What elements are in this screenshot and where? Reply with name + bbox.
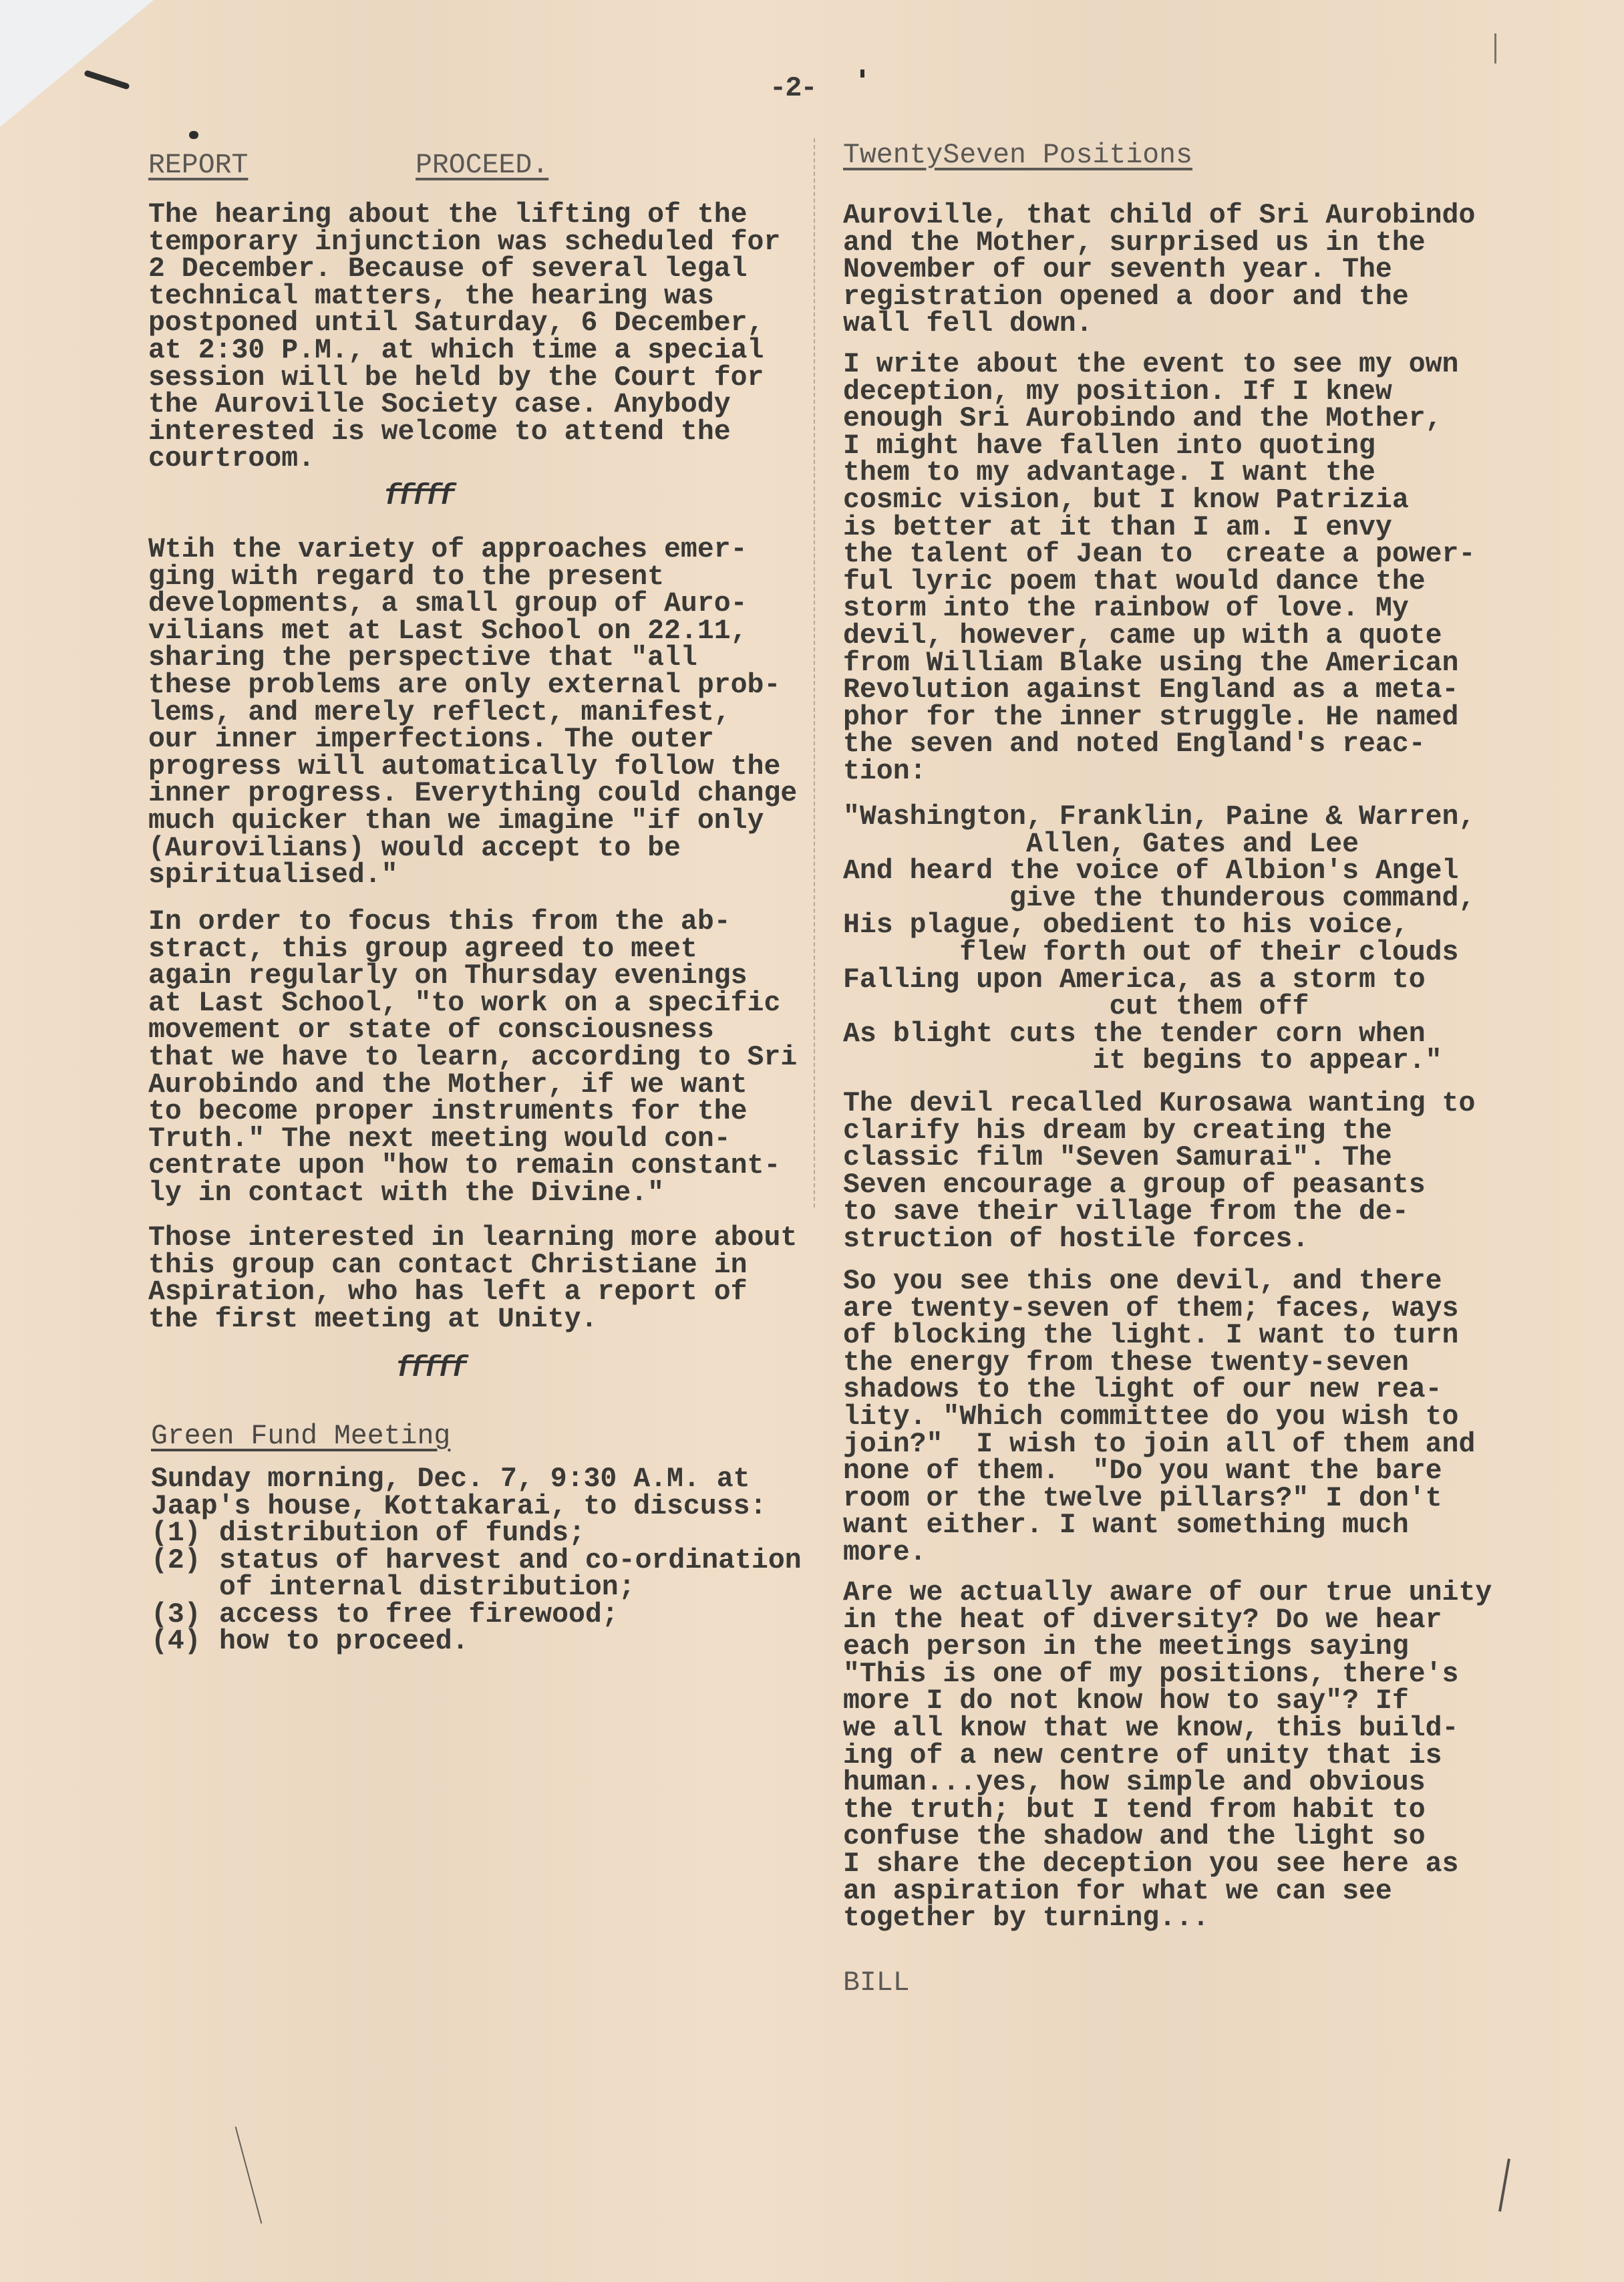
text-line: of blocking the light. I want to turn xyxy=(843,1322,1458,1350)
text-line: this group can contact Christiane in xyxy=(148,1252,748,1280)
text-line: As blight cuts the tender corn when xyxy=(843,1021,1426,1048)
separator-mark: fffff xyxy=(383,480,452,513)
text-line: we all know that we know, this build- xyxy=(843,1715,1458,1743)
text-line: In order to focus this from the ab- xyxy=(148,909,731,936)
agenda-item-number: (1) xyxy=(151,1520,201,1548)
text-line: vilians met at Last School on 22.11, xyxy=(148,618,748,646)
text-line: want either. I want something much xyxy=(843,1512,1409,1540)
text-line: movement or state of consciousness xyxy=(148,1017,714,1044)
text-line: interested is welcome to attend the xyxy=(148,419,731,446)
agenda-item-text: of internal distribution; xyxy=(219,1574,635,1602)
text-line: room or the twelve pillars?" I don't xyxy=(843,1485,1442,1513)
text-line: classic film "Seven Samurai". The xyxy=(843,1145,1392,1172)
text-line: Revolution against England as a meta- xyxy=(843,677,1458,704)
text-line: sharing the perspective that "all xyxy=(148,645,697,672)
text-line: inner progress. Everything could change xyxy=(148,780,797,808)
text-line: storm into the rainbow of love. My xyxy=(843,595,1409,623)
text-line: more I do not know how to say"? If xyxy=(843,1688,1409,1715)
text-line: human...yes, how simple and obvious xyxy=(843,1769,1426,1797)
text-line: are twenty-seven of them; faces, ways xyxy=(843,1296,1458,1323)
text-line: ging with regard to the present xyxy=(148,564,664,591)
text-line: in the heat of diversity? Do we hear xyxy=(843,1607,1442,1634)
agenda-item-text: access to free firewood; xyxy=(219,1602,619,1629)
text-line: Sunday morning, Dec. 7, 9:30 A.M. at xyxy=(151,1466,750,1493)
text-line: enough Sri Aurobindo and the Mother, xyxy=(843,406,1442,433)
text-line: And heard the voice of Albion's Angel xyxy=(843,858,1458,885)
agenda-item-text: how to proceed. xyxy=(219,1628,469,1656)
text-line: join?" I wish to join all of them and xyxy=(843,1431,1475,1459)
text-line: again regularly on Thursday evenings xyxy=(148,963,748,990)
text-line: the truth; but I tend from habit to xyxy=(843,1797,1426,1824)
text-line: stract, this group agreed to meet xyxy=(148,936,697,964)
text-line: So you see this one devil, and there xyxy=(843,1268,1442,1296)
text-line: confuse the shadow and the light so xyxy=(843,1824,1426,1851)
text-line: wall fell down. xyxy=(843,311,1093,338)
text-line: these problems are only external prob- xyxy=(148,672,780,700)
agenda-item-text: status of harvest and co-ordination xyxy=(219,1548,802,1575)
signature: BILL xyxy=(843,1970,910,1997)
text-line: phor for the inner struggle. He named xyxy=(843,704,1458,732)
text-line: Seven encourage a group of peasants xyxy=(843,1172,1426,1199)
text-line: deception, my position. If I knew xyxy=(843,379,1392,406)
text-line: Are we actually aware of our true unity xyxy=(843,1580,1492,1607)
twentyseven-positions-heading: TwentySeven Positions xyxy=(843,142,1192,170)
green-fund-heading: Green Fund Meeting xyxy=(151,1423,450,1451)
text-line: lity. "Which committee do you wish to xyxy=(843,1404,1458,1431)
text-line: that we have to learn, according to Sri xyxy=(148,1044,797,1072)
text-line: at Last School, "to work on a specific xyxy=(148,990,780,1018)
text-line: courtroom. xyxy=(148,446,315,473)
text-line: Falling upon America, as a storm to xyxy=(843,967,1426,994)
ink-mark xyxy=(860,69,864,78)
text-line: temporary injunction was scheduled for xyxy=(148,229,780,257)
text-line: session will be held by the Court for xyxy=(148,365,764,392)
text-line: (Aurovilians) would accept to be xyxy=(148,835,681,863)
text-line: much quicker than we imagine "if only xyxy=(148,808,764,835)
report-heading-right: PROCEED. xyxy=(416,152,548,180)
text-line: from William Blake using the American xyxy=(843,650,1458,678)
text-line: the energy from these twenty-seven xyxy=(843,1350,1409,1377)
text-line: The devil recalled Kurosawa wanting to xyxy=(843,1091,1475,1118)
text-line: them to my advantage. I want the xyxy=(843,460,1375,487)
text-line: cut them off xyxy=(843,994,1309,1021)
text-line: Jaap's house, Kottakarai, to discuss: xyxy=(151,1493,766,1521)
agenda-item-text: distribution of funds; xyxy=(219,1520,585,1548)
text-line: Auroville, that child of Sri Aurobindo xyxy=(843,202,1475,230)
text-line: I might have fallen into quoting xyxy=(843,433,1375,460)
text-line: more. xyxy=(843,1540,927,1567)
text-line: the seven and noted England's reac- xyxy=(843,731,1426,758)
agenda-item-number: (3) xyxy=(151,1602,201,1629)
text-line: clarify his dream by creating the xyxy=(843,1118,1392,1145)
text-line: I write about the event to see my own xyxy=(843,351,1458,379)
text-line: to become proper instruments for the xyxy=(148,1099,748,1126)
text-line: struction of hostile forces. xyxy=(843,1226,1309,1254)
text-line: centrate upon "how to remain constant- xyxy=(148,1153,780,1180)
text-line: Truth." The next meeting would con- xyxy=(148,1126,731,1153)
text-line: 2 December. Because of several legal xyxy=(148,256,748,283)
text-line: is better at it than I am. I envy xyxy=(843,515,1392,542)
text-line: at 2:30 P.M., at which time a special xyxy=(148,337,764,365)
text-line: His plague, obedient to his voice, xyxy=(843,912,1409,940)
torn-corner xyxy=(0,0,154,127)
text-line: the talent of Jean to create a power- xyxy=(843,541,1475,569)
text-line: the Auroville Society case. Anybody xyxy=(148,392,731,419)
text-line: Those interested in learning more about xyxy=(148,1225,797,1252)
page-number: -2- xyxy=(770,72,816,104)
text-line: give the thunderous command, xyxy=(843,885,1475,913)
separator-mark: fffff xyxy=(395,1352,464,1385)
text-line: ful lyric poem that would dance the xyxy=(843,569,1426,596)
agenda-item-number: (2) xyxy=(151,1548,201,1575)
text-line: ly in contact with the Divine." xyxy=(148,1180,664,1207)
text-line: "Washington, Franklin, Paine & Warren, xyxy=(843,804,1475,831)
text-line: and the Mother, surprised us in the xyxy=(843,230,1426,257)
text-line: an aspiration for what we can see xyxy=(843,1878,1392,1906)
text-line: each person in the meetings saying xyxy=(843,1634,1409,1661)
agenda-item-number: (4) xyxy=(151,1628,201,1656)
text-line: cosmic vision, but I know Patrizia xyxy=(843,487,1409,515)
text-line: technical matters, the hearing was xyxy=(148,283,714,311)
text-line: lems, and merely reflect, manifest, xyxy=(148,700,731,727)
text-line: it begins to appear." xyxy=(843,1048,1442,1075)
text-line: postponed until Saturday, 6 December, xyxy=(148,310,764,337)
text-line: to save their village from the de- xyxy=(843,1199,1409,1226)
text-line: spiritualised." xyxy=(148,862,398,889)
ink-mark xyxy=(1494,33,1496,63)
text-line: ing of a new centre of unity that is xyxy=(843,1743,1442,1770)
text-line: the first meeting at Unity. xyxy=(148,1306,597,1334)
text-line: developments, a small group of Auro- xyxy=(148,591,748,618)
text-line: shadows to the light of our new rea- xyxy=(843,1377,1442,1404)
text-line: registration opened a door and the xyxy=(843,284,1409,311)
text-line: our inner imperfections. The outer xyxy=(148,726,714,754)
ink-mark xyxy=(189,131,198,139)
text-line: Aurobindo and the Mother, if we want xyxy=(148,1072,748,1099)
text-line: none of them. "Do you want the bare xyxy=(843,1458,1442,1485)
text-line: together by turning... xyxy=(843,1905,1209,1933)
report-heading-left: REPORT xyxy=(148,152,248,180)
text-line: Wtih the variety of approaches emer- xyxy=(148,537,748,564)
text-line: I share the deception you see here as xyxy=(843,1851,1458,1878)
text-line: The hearing about the lifting of the xyxy=(148,202,748,229)
text-line: November of our seventh year. The xyxy=(843,257,1392,284)
text-line: tion: xyxy=(843,758,927,786)
column-divider xyxy=(814,138,815,1207)
text-line: devil, however, came up with a quote xyxy=(843,623,1442,650)
text-line: Allen, Gates and Lee xyxy=(843,831,1359,859)
text-line: "This is one of my positions, there's xyxy=(843,1661,1458,1689)
text-line: flew forth out of their clouds xyxy=(843,940,1458,967)
text-line: Aspiration, who has left a report of xyxy=(148,1279,748,1306)
text-line: progress will automatically follow the xyxy=(148,754,780,781)
